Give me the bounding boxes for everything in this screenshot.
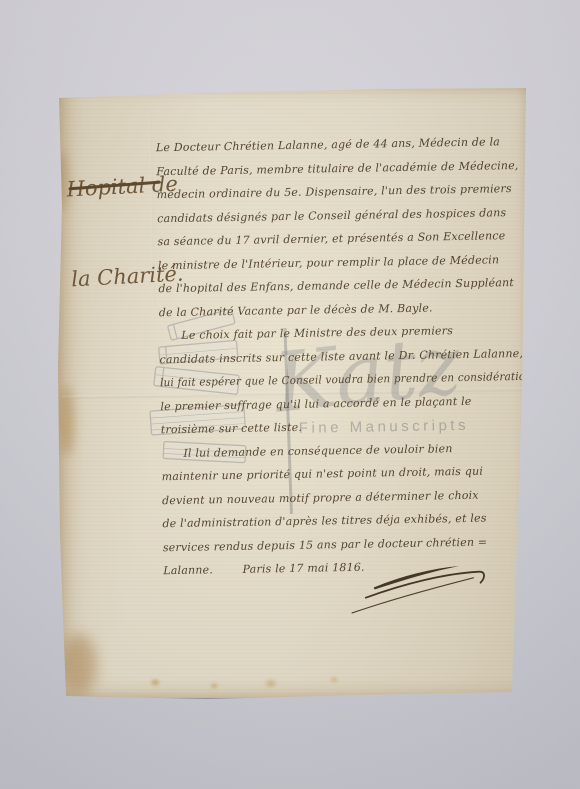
stain xyxy=(58,386,75,456)
stain xyxy=(60,633,97,696)
foxing-spot xyxy=(331,677,337,682)
manuscript-body: Le Docteur Chrétien Lalanne, agé de 44 a… xyxy=(156,130,536,583)
photo-background: Katz Fine Manuscripts Hopital de la Char… xyxy=(0,0,580,789)
foxing-spot xyxy=(266,680,275,686)
foxing-spot xyxy=(211,683,217,688)
manuscript-page: Katz Fine Manuscripts Hopital de la Char… xyxy=(57,86,527,698)
page-content: Katz Fine Manuscripts Hopital de la Char… xyxy=(57,88,537,696)
signature-flourish-icon xyxy=(343,562,496,617)
foxing-spot xyxy=(151,679,159,685)
